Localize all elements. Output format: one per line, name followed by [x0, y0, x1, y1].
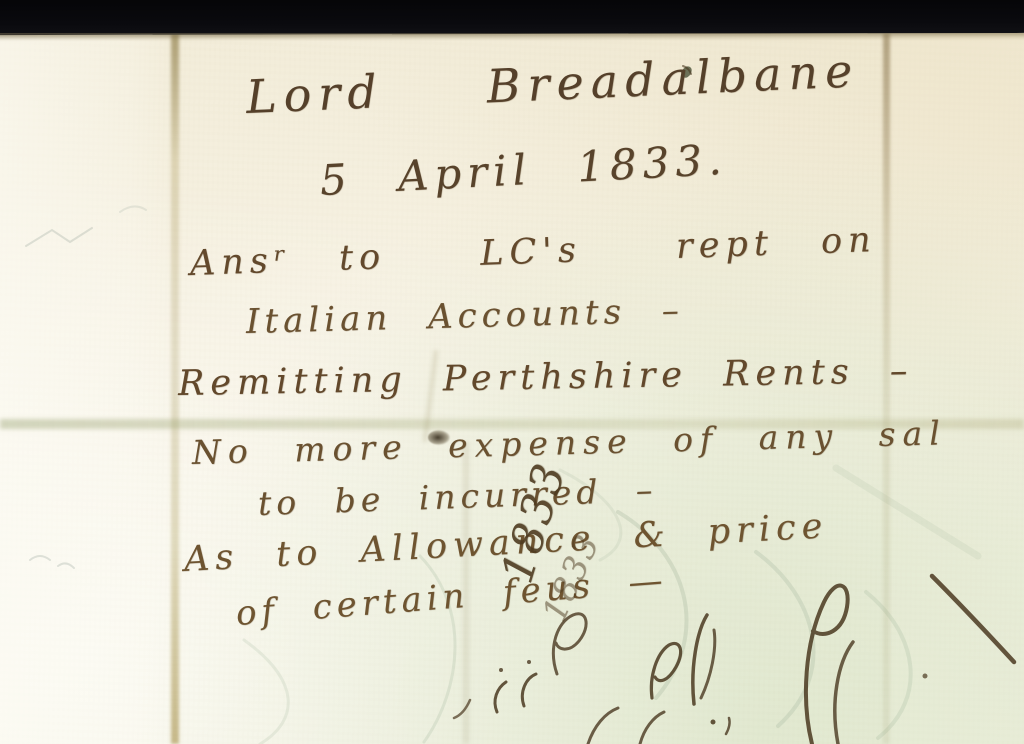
left-fold-panel [0, 33, 174, 744]
scanned-letter-page: Lord Breadalbane 5 April 1833. Ansʳ to L… [0, 0, 1024, 744]
paper-top-edge-shadow [0, 33, 1024, 41]
scanner-background-strip [0, 0, 1024, 35]
